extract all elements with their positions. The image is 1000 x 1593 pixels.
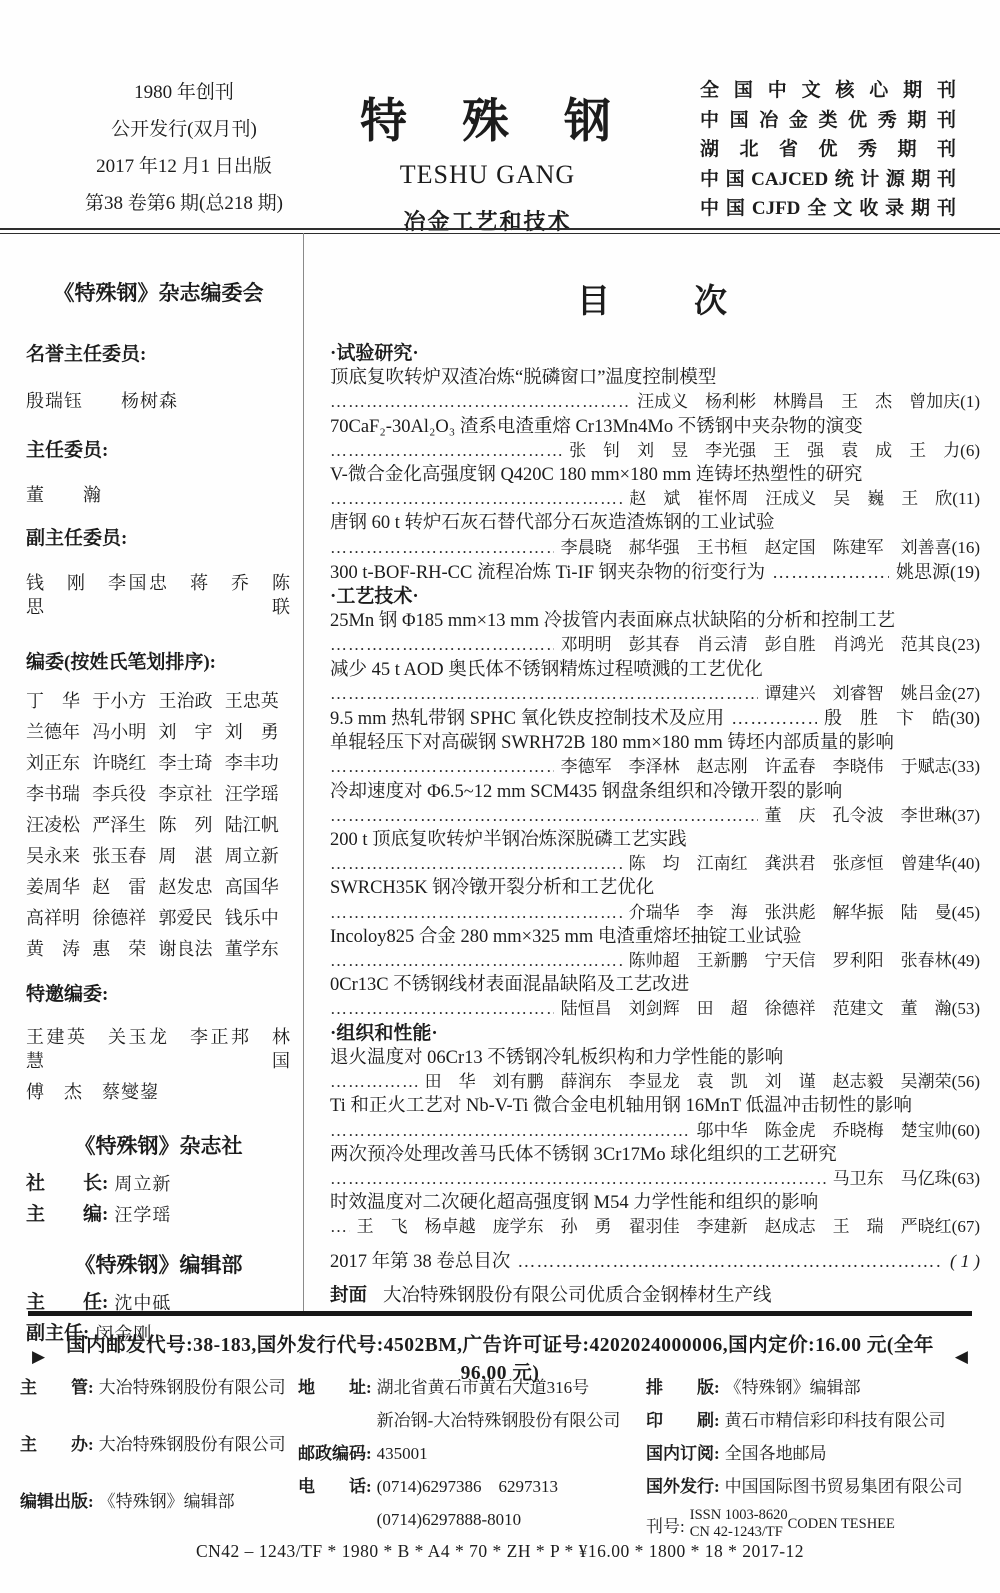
article-title: 25Mn 钢 Φ185 mm×13 mm 冷拔管内表面麻点状缺陷的分析和控制工艺 xyxy=(330,609,980,633)
printing-row: 印 刷: 黄石市精信彩印科技有限公司 xyxy=(646,1404,982,1437)
invited-editors-row: 王建英 关玉龙 李正邦 林慧国 xyxy=(26,1025,291,1073)
telephone-line2: (0714)6297888-8010 xyxy=(377,1503,558,1536)
imprint-col-middle: 地 址: 湖北省黄石市黄石大道316号 新冶钢-大冶特殊钢股份有限公司 邮政编码… xyxy=(298,1371,646,1542)
cn-number: CN 42-1243/TF xyxy=(690,1524,788,1541)
zip-row: 邮政编码: 435001 xyxy=(298,1437,646,1470)
publisher-label: 编辑出版: xyxy=(20,1485,94,1518)
invited-editors-label: 特邀编委: xyxy=(26,983,291,1007)
editor-name: 惠 荣 xyxy=(92,937,158,961)
printing-value: 黄石市精信彩印科技有限公司 xyxy=(725,1404,946,1437)
editor-name: 郭爱民 xyxy=(159,906,225,930)
editor-name: 陆江帆 xyxy=(225,813,291,837)
dot-leader xyxy=(731,706,817,730)
printing-label: 印 刷: xyxy=(646,1404,720,1437)
deputy-director-names: 钱 刚 李国忠 蒋 乔 陈思联 xyxy=(26,571,291,619)
editor-name: 谢良法 xyxy=(159,937,225,961)
toc-entry: Ti 和正火工艺对 Nb-V-Ti 微合金电机轴用钢 16MnT 低温冲击韧性的… xyxy=(330,1094,980,1142)
publisher-value: 《特殊钢》编辑部 xyxy=(99,1485,235,1518)
article-authors: 殷 胜 卞 皓 xyxy=(824,706,950,730)
dot-leader xyxy=(330,390,630,414)
telephone-line1: (0714)6297386 6297313 xyxy=(377,1470,558,1503)
article-title: 减少 45 t AOD 奥氏体不锈钢精炼过程喷溅的工艺优化 xyxy=(330,658,980,682)
supervisor-value: 大冶特殊钢股份有限公司 xyxy=(99,1371,286,1404)
article-page: (60) xyxy=(952,1119,980,1143)
editorial-board-sidebar: 《特殊钢》杂志编委会 名誉主任委员: 殷瑞钰 杨树森 主任委员: 董 瀚 副主任… xyxy=(0,233,303,1313)
article-page: (16) xyxy=(952,536,980,560)
toc-entry: SWRCH35K 钢冷镦开裂分析和工艺优化 介瑞华 李 海 张洪彪 解华振 陆 … xyxy=(330,876,980,924)
annual-index-page: ( 1 ) xyxy=(950,1249,980,1273)
address-line2: 新冶钢-大冶特殊钢股份有限公司 xyxy=(377,1404,621,1437)
section-heading: ·组织和性能· xyxy=(330,1022,980,1046)
toc-entry: 顶底复吹转炉双渣冶炼“脱磷窗口”温度控制模型 汪成义 杨利彬 林腾昌 王 杰 曾… xyxy=(330,366,980,414)
chief-editor-name: 汪学瑶 xyxy=(114,1203,171,1227)
article-authors: 邓明明 彭其春 肖云清 彭自胜 肖鸿光 范其良 xyxy=(561,633,952,657)
editor-name: 周立新 xyxy=(225,844,291,868)
article-page: (37) xyxy=(952,804,980,828)
telephone-value: (0714)6297386 6297313 (0714)6297888-8010 xyxy=(377,1470,558,1536)
toc-entry: 唐钢 60 t 转炉石灰石替代部分石灰造渣炼钢的工业试验 李晨晓 郝华强 王书桓… xyxy=(330,511,980,559)
article-title: 唐钢 60 t 转炉石灰石替代部分石灰造渣炼钢的工业试验 xyxy=(330,511,980,535)
toc-entry: 300 t-BOF-RH-CC 流程冶炼 Ti-IF 钢夹杂物的衍变行为姚思源(… xyxy=(330,560,980,585)
toc-entry: 退火温度对 06Cr13 不锈钢冷轧板织构和力学性能的影响 田 华 刘有鹏 薛润… xyxy=(330,1046,980,1094)
toc-entry: 单辊轻压下对高碳钢 SWRH72B 180 mm×180 mm 铸坯内部质量的影… xyxy=(330,731,980,779)
article-title: 单辊轻压下对高碳钢 SWRH72B 180 mm×180 mm 铸坯内部质量的影… xyxy=(330,731,980,755)
editor-name: 李丰功 xyxy=(225,751,291,775)
supervisor-row: 主 管: 大冶特殊钢股份有限公司 xyxy=(20,1371,298,1404)
typesetting-value: 《特殊钢》编辑部 xyxy=(725,1371,861,1404)
domestic-subscription-value: 全国各地邮局 xyxy=(725,1437,827,1470)
toc-entry: 200 t 顶底复吹转炉半钢冶炼深脱磷工艺实践 陈 均 江南红 龚洪君 张彦恒 … xyxy=(330,828,980,876)
editor-name: 周 湛 xyxy=(159,844,225,868)
toc-title: 目 次 xyxy=(330,275,980,322)
editor-name: 李京社 xyxy=(159,782,225,806)
editor-name: 高国华 xyxy=(225,875,291,899)
typesetting-label: 排 版: xyxy=(646,1371,720,1404)
article-page: (23) xyxy=(952,633,980,657)
article-title: 0Cr13C 不锈钢线材表面混晶缺陷及工艺改进 xyxy=(330,973,980,997)
overseas-distribution-label: 国外发行: xyxy=(646,1470,720,1503)
toc-entry: 25Mn 钢 Φ185 mm×13 mm 冷拔管内表面麻点状缺陷的分析和控制工艺… xyxy=(330,609,980,657)
editor-name: 李士琦 xyxy=(159,751,225,775)
article-page: (53) xyxy=(952,997,980,1021)
honor-line: 中国CAJCED统计源期刊 xyxy=(700,165,956,195)
article-page: (56) xyxy=(952,1070,980,1094)
volume-issue: 第38 卷第6 期(总218 期) xyxy=(55,185,313,222)
president-label: 社 长: xyxy=(26,1172,108,1196)
annual-index-title: 2017 年第 38 卷总目次 xyxy=(330,1250,510,1274)
honor-line: 中国冶金类优秀期刊 xyxy=(700,106,956,136)
zip-value: 435001 xyxy=(377,1437,428,1470)
editor-name: 吴永来 xyxy=(26,844,92,868)
article-authors: 邬中华 陈金虎 乔晓梅 楚宝帅 xyxy=(697,1119,952,1143)
article-authors: 谭建兴 刘睿智 姚吕金 xyxy=(765,682,952,706)
chief-editor-label: 主 编: xyxy=(26,1203,108,1227)
article-page: (45) xyxy=(952,901,980,925)
article-authors: 汪成义 杨利彬 林腾昌 王 杰 曾加庆 xyxy=(637,390,960,414)
journal-cover-page: 1980 年创刊 公开发行(双月刊) 2017 年12 月1 日出版 第38 卷… xyxy=(0,0,1000,1593)
imprint-columns: 主 管: 大冶特殊钢股份有限公司 主 办: 大冶特殊钢股份有限公司 编辑出版: … xyxy=(20,1371,982,1542)
telephone-row: 电 话: (0714)6297386 6297313 (0714)6297888… xyxy=(298,1470,646,1536)
president-row: 社 长: 周立新 xyxy=(26,1172,291,1196)
article-authors: 董 庆 孔令波 李世琳 xyxy=(765,804,952,828)
article-title: 冷却速度对 Φ6.5~12 mm SCM435 钢盘条组织和冷镦开裂的影响 xyxy=(330,780,980,804)
toc-entry: 时效温度对二次硬化超高强度钢 M54 力学性能和组织的影响 王 飞 杨卓越 庞学… xyxy=(330,1191,980,1239)
footer-rule xyxy=(28,1311,972,1316)
article-title: 两次预冷处理改善马氏体不锈钢 3Cr17Mo 球化组织的工艺研究 xyxy=(330,1143,980,1167)
journal-honors: 全国中文核心期刊 中国冶金类优秀期刊 湖北省优秀期刊 中国CAJCED统计源期刊… xyxy=(700,76,956,224)
director-names: 董 瀚 xyxy=(26,483,291,507)
right-triangle-icon: ▶ xyxy=(32,1347,45,1367)
article-page: (63) xyxy=(952,1167,980,1191)
dot-leader xyxy=(330,1167,826,1191)
editor-name: 冯小明 xyxy=(92,720,158,744)
article-authors: 陈帅超 王新鹏 宁天信 罗利阳 张春林 xyxy=(629,949,952,973)
article-authors: 介瑞华 李 海 张洪彪 解华振 陆 曼 xyxy=(629,901,952,925)
toc-entry: V-微合金化高强度钢 Q420C 180 mm×180 mm 连铸坯热塑性的研究… xyxy=(330,463,980,511)
editor-name: 严泽生 xyxy=(92,813,158,837)
honorary-director-label: 名誉主任委员: xyxy=(26,343,291,367)
dot-leader xyxy=(330,804,758,828)
dot-leader xyxy=(330,755,554,779)
article-title: 200 t 顶底复吹转炉半钢冶炼深脱磷工艺实践 xyxy=(330,828,980,852)
editor-name: 钱乐中 xyxy=(225,906,291,930)
editor-name: 刘 宇 xyxy=(159,720,225,744)
address-line1: 湖北省黄石市黄石大道316号 xyxy=(377,1371,621,1404)
director-label: 主任委员: xyxy=(26,439,291,463)
editor-name: 刘 勇 xyxy=(225,720,291,744)
table-of-contents: 目 次 ·试验研究· 顶底复吹转炉双渣冶炼“脱磷窗口”温度控制模型 汪成义 杨利… xyxy=(304,233,1000,1313)
article-page: (19) xyxy=(950,560,980,584)
section-heading: ·工艺技术· xyxy=(330,585,980,609)
honor-line: 湖北省优秀期刊 xyxy=(700,135,956,165)
journal-title-cn: 特 殊 钢 xyxy=(345,84,630,151)
cover-label: 封面 xyxy=(330,1286,367,1306)
editor-name: 赵发忠 xyxy=(159,875,225,899)
editor-name: 李兵役 xyxy=(92,782,158,806)
article-title: V-微合金化高强度钢 Q420C 180 mm×180 mm 连铸坯热塑性的研究 xyxy=(330,463,980,487)
toc-entry: 两次预冷处理改善马氏体不锈钢 3Cr17Mo 球化组织的工艺研究 马卫东 马亿珠… xyxy=(330,1143,980,1191)
supervisor-label: 主 管: xyxy=(20,1371,94,1404)
article-authors: 李晨晓 郝华强 王书桓 赵定国 陈建军 刘善喜 xyxy=(561,536,952,560)
dot-leader xyxy=(330,1070,418,1094)
chief-editor-row: 主 编: 汪学瑶 xyxy=(26,1203,291,1227)
dot-leader xyxy=(330,1119,690,1143)
article-title: Ti 和正火工艺对 Nb-V-Ti 微合金电机轴用钢 16MnT 低温冲击韧性的… xyxy=(330,1094,980,1118)
telephone-label: 电 话: xyxy=(298,1470,372,1536)
article-title: Incoloy825 合金 280 mm×325 mm 电渣重熔坯抽锭工业试验 xyxy=(330,925,980,949)
article-page: (27) xyxy=(952,682,980,706)
article-title: 9.5 mm 热轧带钢 SPHC 氧化铁皮控制技术及应用 xyxy=(330,707,724,731)
overseas-distribution-row: 国外发行: 中国国际图书贸易集团有限公司 xyxy=(646,1470,982,1503)
editor-name: 许晓红 xyxy=(92,751,158,775)
editor-name: 汪凌松 xyxy=(26,813,92,837)
publisher-row: 编辑出版: 《特殊钢》编辑部 xyxy=(20,1485,298,1518)
publication-info: 1980 年创刊 公开发行(双月刊) 2017 年12 月1 日出版 第38 卷… xyxy=(55,74,313,222)
toc-entry: 0Cr13C 不锈钢线材表面混晶缺陷及工艺改进 陆恒昌 刘剑辉 田 超 徐德祥 … xyxy=(330,973,980,1021)
editor-name: 于小方 xyxy=(92,689,158,713)
issue-number-label: 刊号: xyxy=(646,1512,685,1537)
article-authors: 姚思源 xyxy=(896,560,950,584)
article-page: (49) xyxy=(952,949,980,973)
article-title: 顶底复吹转炉双渣冶炼“脱磷窗口”温度控制模型 xyxy=(330,366,980,390)
article-page: (6) xyxy=(960,439,980,463)
editor-name: 董学东 xyxy=(225,937,291,961)
editor-name: 张玉春 xyxy=(92,844,158,868)
journal-title-pinyin: TESHU GANG xyxy=(345,160,630,190)
sponsor-row: 主 办: 大冶特殊钢股份有限公司 xyxy=(20,1428,298,1461)
dot-leader xyxy=(772,560,889,584)
article-title: 时效温度对二次硬化超高强度钢 M54 力学性能和组织的影响 xyxy=(330,1191,980,1215)
president-name: 周立新 xyxy=(114,1172,171,1196)
toc-entry: 70CaF₂-30Al₂O₃ 渣系电渣重熔 Cr13Mn4Mo 不锈钢中夹杂物的… xyxy=(330,415,980,463)
honor-line: 中国CJFD全文收录期刊 xyxy=(700,194,956,224)
editorial-office-title: 《特殊钢》编辑部 xyxy=(26,1253,291,1277)
cover-description: 封面大冶特殊钢股份有限公司优质合金钢棒材生产线 xyxy=(330,1284,980,1308)
editor-name: 王治政 xyxy=(159,689,225,713)
imprint-col-left: 主 管: 大冶特殊钢股份有限公司 主 办: 大冶特殊钢股份有限公司 编辑出版: … xyxy=(20,1371,298,1542)
address-row: 地 址: 湖北省黄石市黄石大道316号 新冶钢-大冶特殊钢股份有限公司 xyxy=(298,1371,646,1437)
dot-leader xyxy=(330,997,554,1021)
issue-number-row: 刊号: ISSN 1003-8620 CN 42-1243/TF CODEN T… xyxy=(646,1507,982,1541)
article-authors: 张 钊 刘 昱 李光强 王 强 袁 成 王 力 xyxy=(569,439,960,463)
article-authors: 田 华 刘有鹏 薛润东 李显龙 袁 凯 刘 谨 赵志毅 吴潮荣 xyxy=(425,1070,952,1094)
distribution-type: 公开发行(双月刊) xyxy=(55,111,313,148)
magazine-office-title: 《特殊钢》杂志社 xyxy=(26,1134,291,1158)
overseas-distribution-value: 中国国际图书贸易集团有限公司 xyxy=(725,1470,963,1503)
section-heading: ·试验研究· xyxy=(330,342,980,366)
toc-entry: 减少 45 t AOD 奥氏体不锈钢精炼过程喷溅的工艺优化 谭建兴 刘睿智 姚吕… xyxy=(330,658,980,706)
deputy-director-label: 副主任委员: xyxy=(26,527,291,551)
dot-leader xyxy=(330,633,554,657)
dot-leader xyxy=(330,901,622,925)
dot-leader xyxy=(330,949,622,973)
editor-name: 姜周华 xyxy=(26,875,92,899)
domestic-subscription-row: 国内订阅: 全国各地邮局 xyxy=(646,1437,982,1470)
article-page: (30) xyxy=(950,706,980,730)
left-triangle-icon: ◀ xyxy=(955,1347,968,1367)
founded-year: 1980 年创刊 xyxy=(55,74,313,111)
invited-editors-row: 傅 杰 蔡燮鋆 xyxy=(26,1080,291,1104)
imprint-col-right: 排 版: 《特殊钢》编辑部 印 刷: 黄石市精信彩印科技有限公司 国内订阅: 全… xyxy=(646,1371,982,1542)
editor-name: 黄 涛 xyxy=(26,937,92,961)
editor-name: 汪学瑶 xyxy=(225,782,291,806)
toc-entry-annual-index: 2017 年第 38 卷总目次( 1 ) xyxy=(330,1249,980,1274)
article-authors: 陈 均 江南红 龚洪君 张彦恒 曾建华 xyxy=(629,852,952,876)
masthead: 特 殊 钢 TESHU GANG 冶金工艺和技术 xyxy=(345,84,630,236)
article-title: 退火温度对 06Cr13 不锈钢冷轧板织构和力学性能的影响 xyxy=(330,1046,980,1070)
cover-text: 大冶特殊钢股份有限公司优质合金钢棒材生产线 xyxy=(383,1286,772,1306)
article-page: (1) xyxy=(960,390,980,414)
dot-leader xyxy=(330,1215,350,1239)
publish-date: 2017 年12 月1 日出版 xyxy=(55,148,313,185)
article-page: (11) xyxy=(952,487,980,511)
issn-cn-stack: ISSN 1003-8620 CN 42-1243/TF xyxy=(690,1507,788,1541)
committee-title: 《特殊钢》杂志编委会 xyxy=(26,281,291,305)
editors-label: 编委(按姓氏笔划排序): xyxy=(26,651,291,675)
honorary-director-names: 殷瑞钰 杨树森 xyxy=(26,389,291,413)
article-page: (33) xyxy=(952,755,980,779)
editor-name: 王忠英 xyxy=(225,689,291,713)
address-value: 湖北省黄石市黄石大道316号 新冶钢-大冶特殊钢股份有限公司 xyxy=(377,1371,621,1437)
dot-leader xyxy=(330,682,758,706)
editor-name: 高祥明 xyxy=(26,906,92,930)
editor-name: 丁 华 xyxy=(26,689,92,713)
toc-list: ·试验研究· 顶底复吹转炉双渣冶炼“脱磷窗口”温度控制模型 汪成义 杨利彬 林腾… xyxy=(330,342,980,1308)
article-authors: 李德军 李泽林 赵志刚 许孟春 李晓伟 于赋志 xyxy=(561,755,952,779)
article-authors: 马卫东 马亿珠 xyxy=(833,1167,952,1191)
editor-name: 李书瑞 xyxy=(26,782,92,806)
coden-code: CODEN TESHEE xyxy=(788,1516,895,1533)
editor-name: 兰德年 xyxy=(26,720,92,744)
editor-name: 赵 雷 xyxy=(92,875,158,899)
article-page: (40) xyxy=(952,852,980,876)
article-title: 300 t-BOF-RH-CC 流程冶炼 Ti-IF 钢夹杂物的衍变行为 xyxy=(330,561,765,585)
editor-name: 刘正东 xyxy=(26,751,92,775)
article-title: SWRCH35K 钢冷镦开裂分析和工艺优化 xyxy=(330,876,980,900)
sponsor-value: 大冶特殊钢股份有限公司 xyxy=(99,1428,286,1461)
article-authors: 陆恒昌 刘剑辉 田 超 徐德祥 范建文 董 瀚 xyxy=(561,997,952,1021)
article-page: (67) xyxy=(952,1215,980,1239)
dot-leader xyxy=(330,487,622,511)
article-title: 70CaF₂-30Al₂O₃ 渣系电渣重熔 Cr13Mn4Mo 不锈钢中夹杂物的… xyxy=(330,415,980,439)
toc-entry: 冷却速度对 Φ6.5~12 mm SCM435 钢盘条组织和冷镦开裂的影响 董 … xyxy=(330,780,980,828)
dot-leader xyxy=(330,852,622,876)
editors-grid: 丁 华于小方王治政王忠英 兰德年冯小明刘 宇刘 勇 刘正东许晓红李士琦李丰功 李… xyxy=(26,689,291,961)
dot-leader xyxy=(517,1249,943,1273)
zip-label: 邮政编码: xyxy=(298,1437,372,1470)
article-authors: 赵 斌 崔怀周 汪成义 吴 巍 王 欣 xyxy=(629,487,952,511)
domestic-subscription-label: 国内订阅: xyxy=(646,1437,720,1470)
honor-line: 全国中文核心期刊 xyxy=(700,76,956,106)
barcode-info-line: CN42 – 1243/TF * 1980 * B * A4 * 70 * ZH… xyxy=(0,1541,1000,1562)
toc-entry: Incoloy825 合金 280 mm×325 mm 电渣重熔坯抽锭工业试验 … xyxy=(330,925,980,973)
article-authors: 王 飞 杨卓越 庞学东 孙 勇 翟羽佳 李建新 赵成志 王 瑞 严晓红 xyxy=(357,1215,952,1239)
dot-leader xyxy=(330,536,554,560)
typesetting-row: 排 版: 《特殊钢》编辑部 xyxy=(646,1371,982,1404)
sponsor-label: 主 办: xyxy=(20,1428,94,1461)
address-label: 地 址: xyxy=(298,1371,372,1437)
issn-number: ISSN 1003-8620 xyxy=(690,1507,788,1524)
editor-name: 陈 列 xyxy=(159,813,225,837)
dot-leader xyxy=(330,439,562,463)
editor-name: 徐德祥 xyxy=(92,906,158,930)
toc-entry: 9.5 mm 热轧带钢 SPHC 氧化铁皮控制技术及应用殷 胜 卞 皓(30) xyxy=(330,706,980,731)
